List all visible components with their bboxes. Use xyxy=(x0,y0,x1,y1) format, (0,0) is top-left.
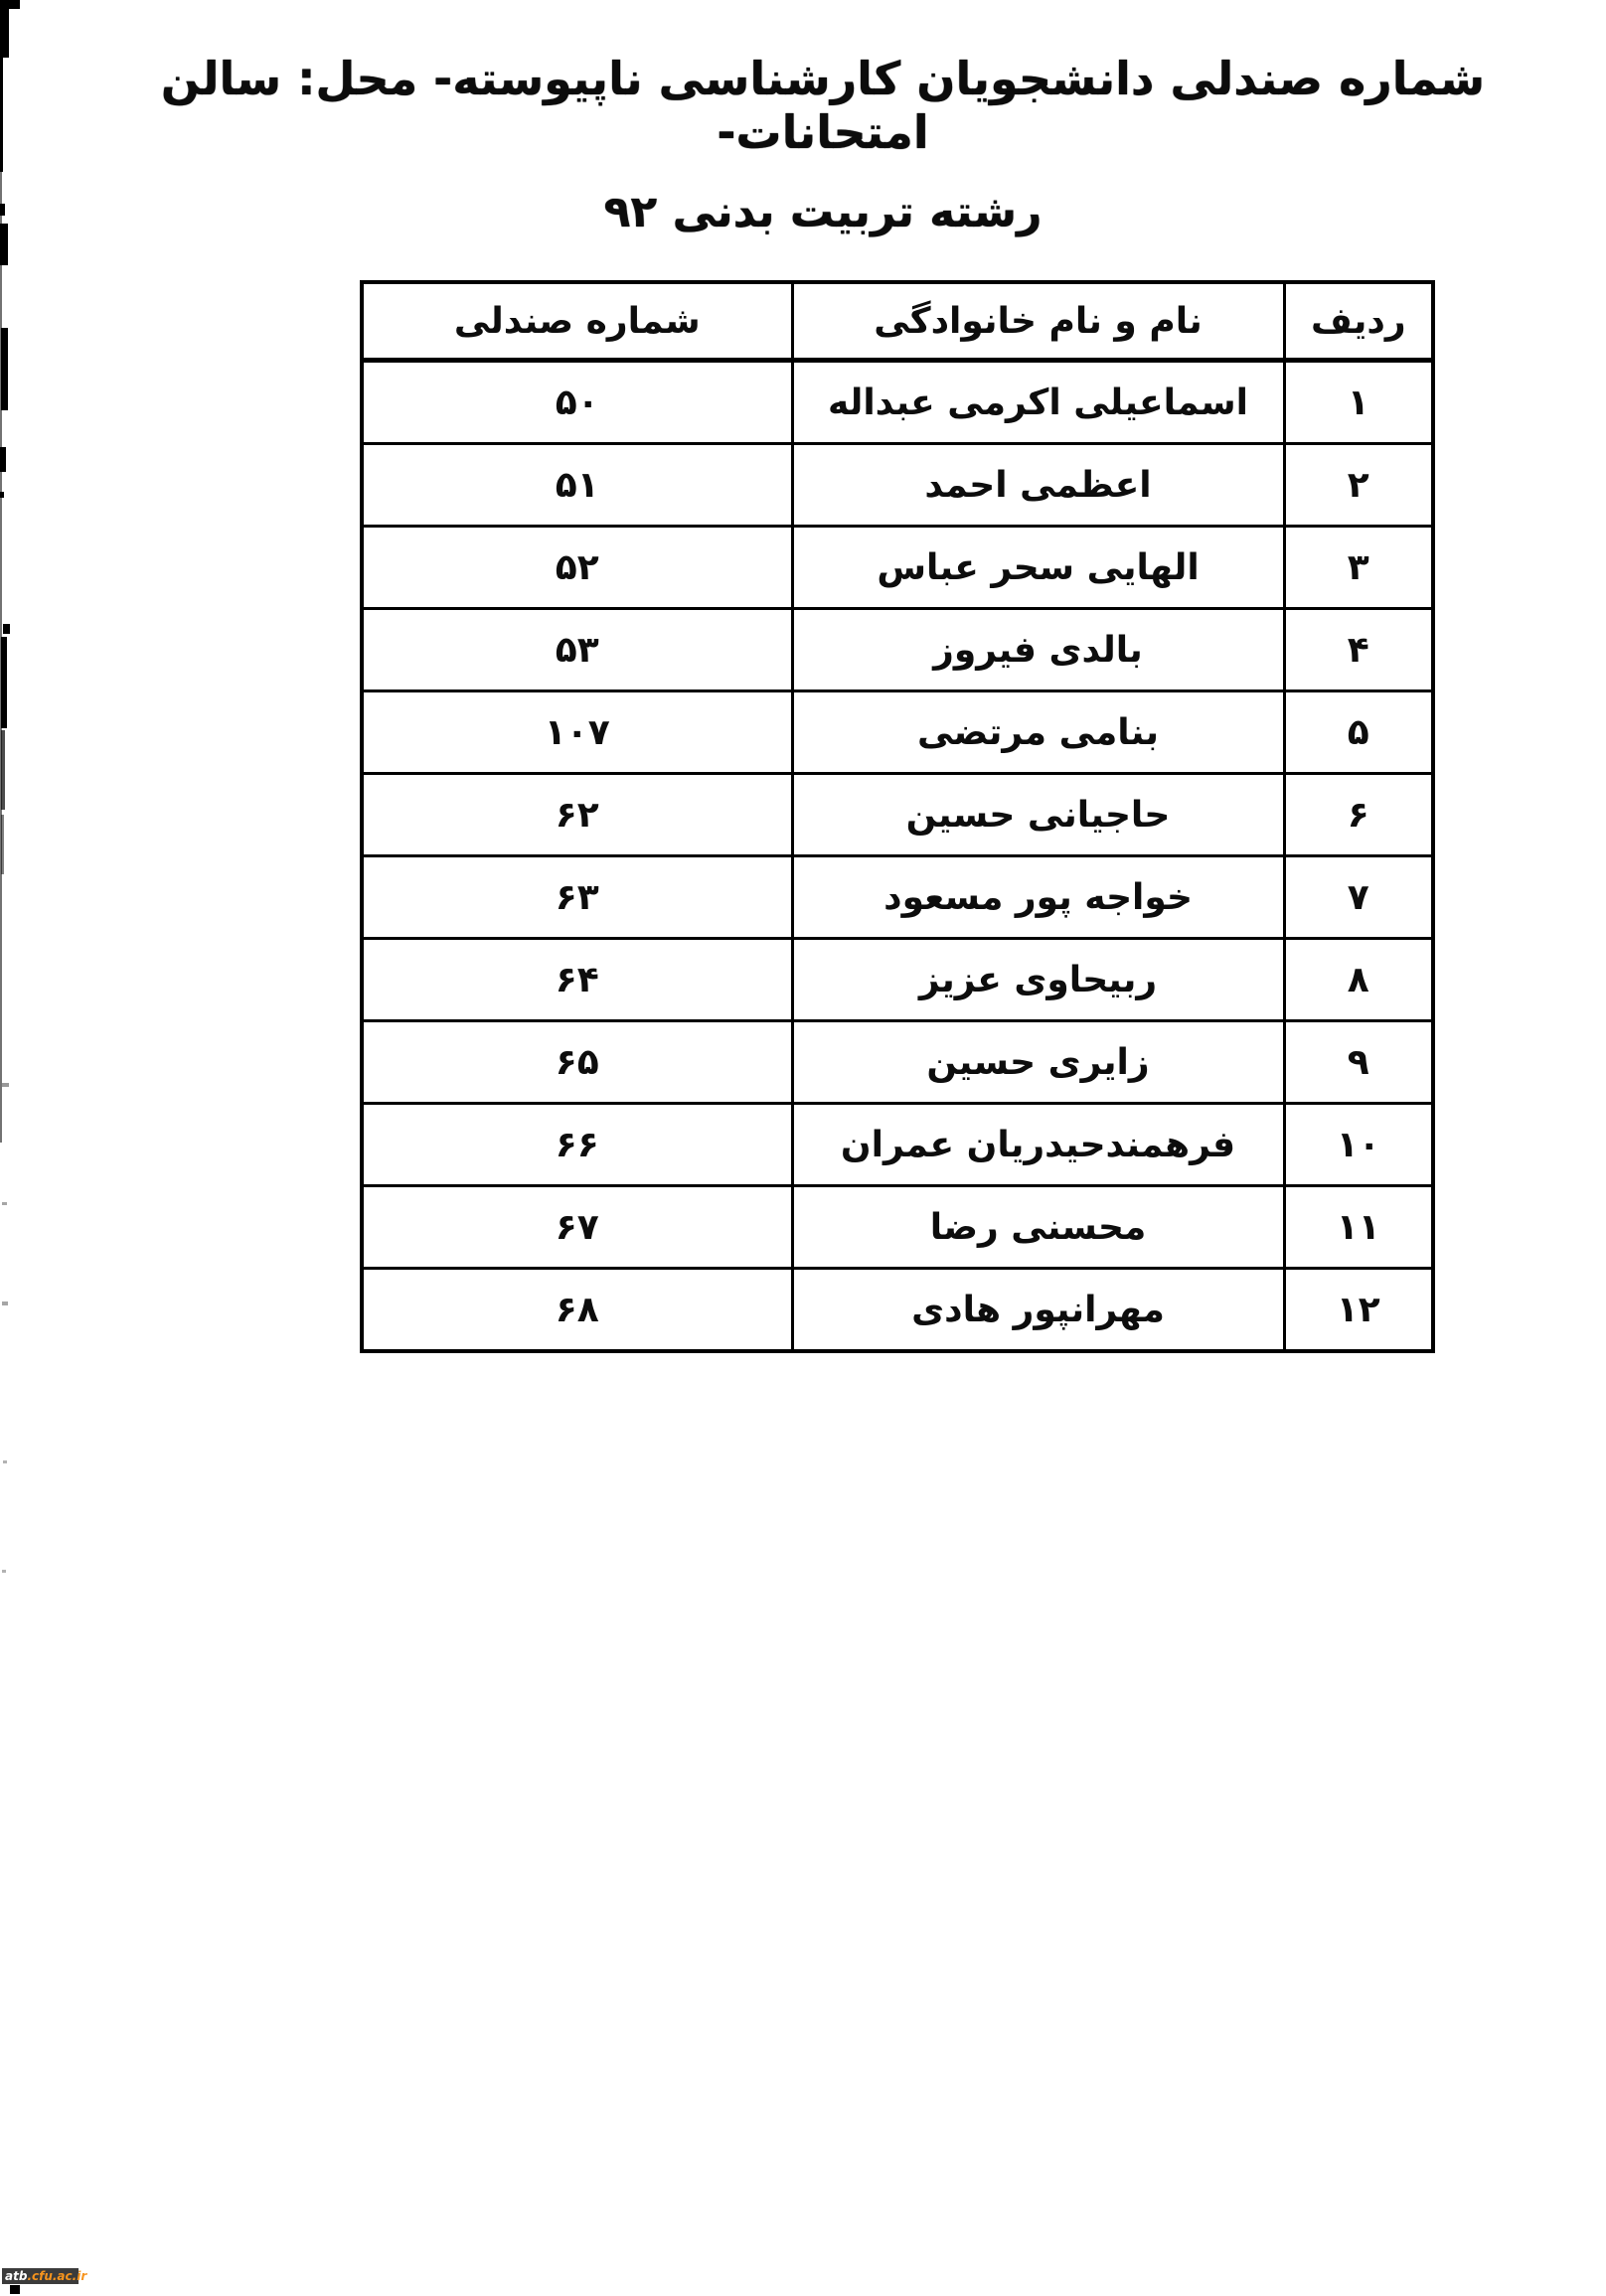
document-title-block: شماره صندلی دانشجویان کارشناسی ناپیوسته-… xyxy=(60,52,1586,237)
table-body: ۱ اسماعیلی اکرمی عبداله ۵۰ ۲ اعظمی احمد … xyxy=(362,361,1433,1352)
cell-name: الهایی سحر عباس xyxy=(792,527,1284,609)
document-title-line1: شماره صندلی دانشجویان کارشناسی ناپیوسته-… xyxy=(60,52,1586,159)
cell-seat: ۱۰۷ xyxy=(362,691,792,774)
cell-radif: ۸ xyxy=(1284,939,1433,1021)
watermark-suffix: .cfu.ac.ir xyxy=(27,2268,86,2284)
cell-radif: ۴ xyxy=(1284,609,1433,691)
cell-seat: ۶۳ xyxy=(362,856,792,939)
table-row: ۹ زایری حسین ۶۵ xyxy=(362,1021,1433,1104)
cell-name: بنامی مرتضی xyxy=(792,691,1284,774)
cell-seat: ۶۸ xyxy=(362,1269,792,1352)
table-row: ۱۰ فرهمندحیدریان عمران ۶۶ xyxy=(362,1104,1433,1186)
cell-radif: ۱۱ xyxy=(1284,1186,1433,1269)
scan-artifact xyxy=(2,1083,9,1087)
document-title-line2: رشته تربیت بدنی ۹۲ xyxy=(60,187,1586,237)
cell-name: اسماعیلی اکرمی عبداله xyxy=(792,361,1284,444)
table-row: ۴ بالدی فیروز ۵۳ xyxy=(362,609,1433,691)
cell-name: اعظمی احمد xyxy=(792,444,1284,527)
cell-name: محسنی رضا xyxy=(792,1186,1284,1269)
site-watermark: atb.cfu.ac.ir xyxy=(2,2268,79,2284)
cell-name: زایری حسین xyxy=(792,1021,1284,1104)
cell-seat: ۶۵ xyxy=(362,1021,792,1104)
cell-radif: ۲ xyxy=(1284,444,1433,527)
scan-artifact xyxy=(3,624,10,634)
cell-radif: ۷ xyxy=(1284,856,1433,939)
table-row: ۳ الهایی سحر عباس ۵۲ xyxy=(362,527,1433,609)
cell-radif: ۶ xyxy=(1284,774,1433,856)
cell-seat: ۶۲ xyxy=(362,774,792,856)
cell-radif: ۵ xyxy=(1284,691,1433,774)
table-row: ۲ اعظمی احمد ۵۱ xyxy=(362,444,1433,527)
cell-name: ربیحاوی عزیز xyxy=(792,939,1284,1021)
cell-seat: ۵۰ xyxy=(362,361,792,444)
header-name: نام و نام خانوادگی xyxy=(792,282,1284,361)
cell-radif: ۳ xyxy=(1284,527,1433,609)
cell-seat: ۶۷ xyxy=(362,1186,792,1269)
cell-seat: ۵۱ xyxy=(362,444,792,527)
cell-name: حاجیانی حسین xyxy=(792,774,1284,856)
scan-artifact xyxy=(1,328,8,410)
scan-artifact xyxy=(2,1202,7,1205)
table-row: ۶ حاجیانی حسین ۶۲ xyxy=(362,774,1433,856)
seat-table: ردیف نام و نام خانوادگی شماره صندلی ۱ اس… xyxy=(360,280,1435,1353)
table-row: ۱۲ مهرانپور هادی ۶۸ xyxy=(362,1269,1433,1352)
cell-radif: ۱۰ xyxy=(1284,1104,1433,1186)
table-row: ۷ خواجه پور مسعود ۶۳ xyxy=(362,856,1433,939)
watermark-prefix: atb xyxy=(5,2268,27,2284)
cell-seat: ۵۳ xyxy=(362,609,792,691)
cell-radif: ۱ xyxy=(1284,361,1433,444)
scan-artifact xyxy=(3,1460,7,1463)
cell-seat: ۶۶ xyxy=(362,1104,792,1186)
cell-name: فرهمندحیدریان عمران xyxy=(792,1104,1284,1186)
cell-seat: ۵۲ xyxy=(362,527,792,609)
cell-radif: ۹ xyxy=(1284,1021,1433,1104)
header-seat: شماره صندلی xyxy=(362,282,792,361)
header-radif: ردیف xyxy=(1284,282,1433,361)
scan-artifact xyxy=(2,1301,8,1305)
cell-name: خواجه پور مسعود xyxy=(792,856,1284,939)
cell-radif: ۱۲ xyxy=(1284,1269,1433,1352)
cell-name: بالدی فیروز xyxy=(792,609,1284,691)
table-row: ۱ اسماعیلی اکرمی عبداله ۵۰ xyxy=(362,361,1433,444)
cell-name: مهرانپور هادی xyxy=(792,1269,1284,1352)
scan-artifact xyxy=(2,1570,6,1573)
scan-artifact xyxy=(0,0,2,1143)
scan-artifact xyxy=(10,2285,20,2294)
table-header-row: ردیف نام و نام خانوادگی شماره صندلی xyxy=(362,282,1433,361)
table-row: ۱۱ محسنی رضا ۶۷ xyxy=(362,1186,1433,1269)
scanned-document-page: شماره صندلی دانشجویان کارشناسی ناپیوسته-… xyxy=(0,0,1606,2296)
cell-seat: ۶۴ xyxy=(362,939,792,1021)
table-row: ۸ ربیحاوی عزیز ۶۴ xyxy=(362,939,1433,1021)
table-row: ۵ بنامی مرتضی ۱۰۷ xyxy=(362,691,1433,774)
